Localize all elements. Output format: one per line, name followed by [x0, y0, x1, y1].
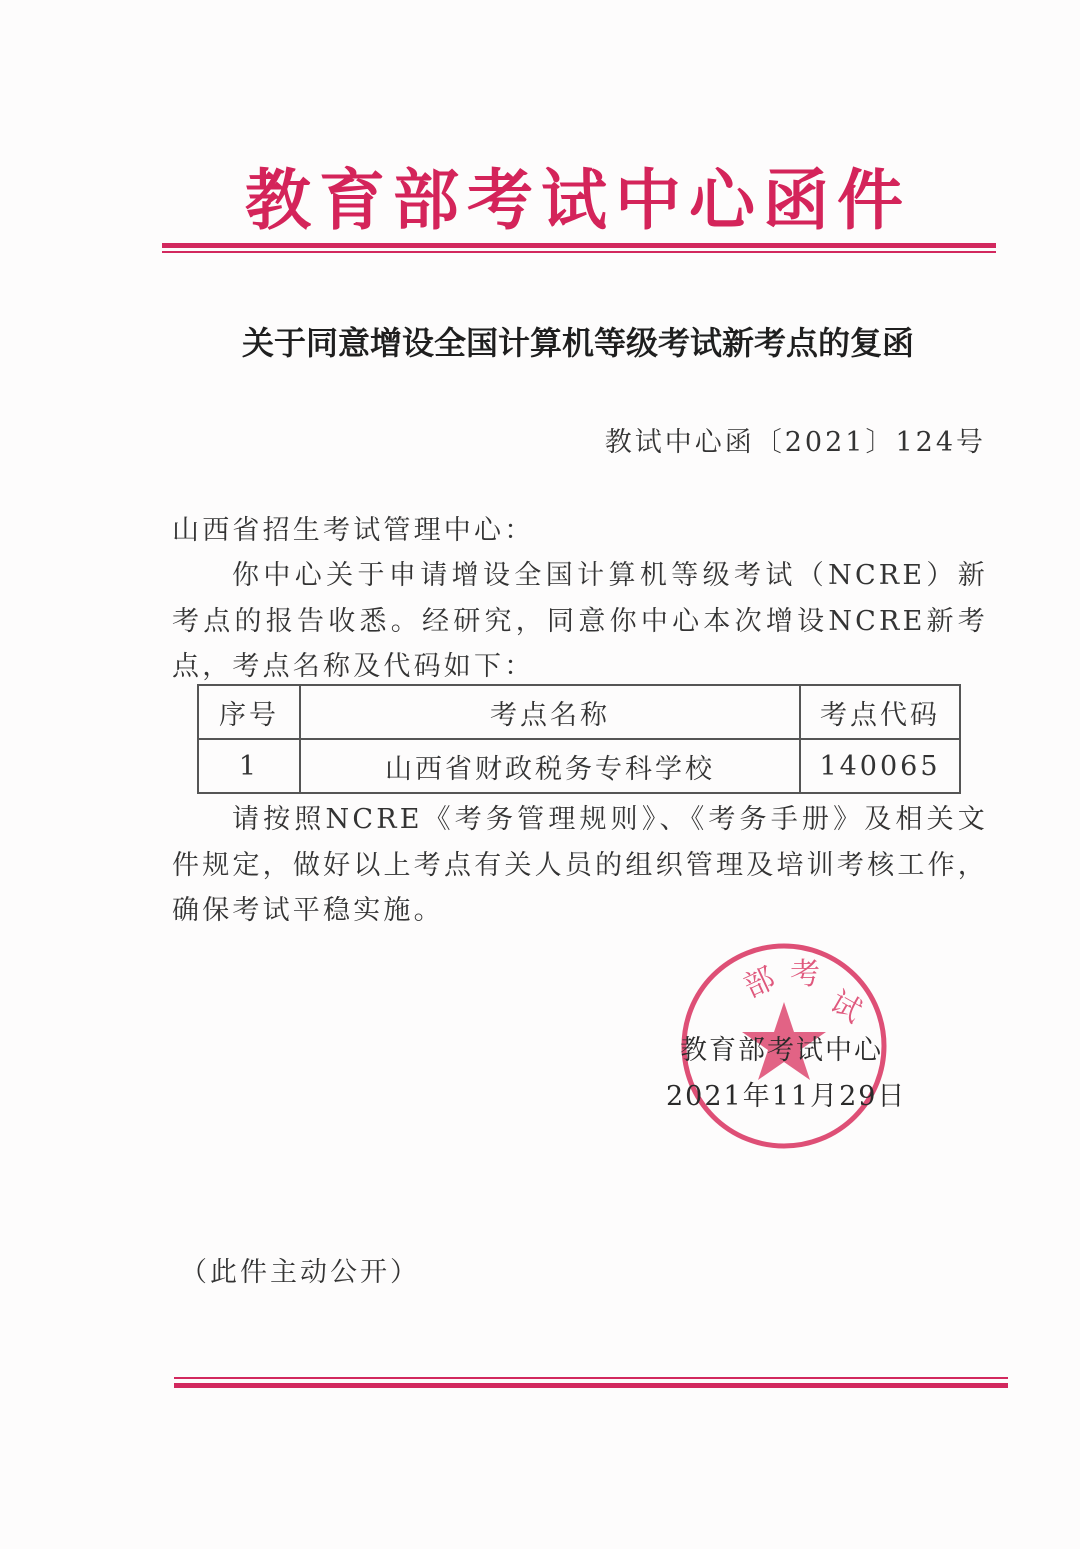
svg-text:试: 试 — [824, 985, 867, 1030]
body-paragraph-1: 你中心关于申请增设全国计算机等级考试（NCRE）新考点的报告收悉。经研究，同意你… — [172, 553, 988, 690]
svg-text:考: 考 — [790, 957, 820, 992]
letterhead-rule-thick — [162, 243, 996, 248]
cell-site-name: 山西省财政税务专科学校 — [300, 739, 800, 793]
issuer-name: 教育部考试中心 — [680, 1028, 883, 1067]
header-site-code: 考点代码 — [800, 685, 960, 739]
letterhead-rule-thin — [162, 251, 996, 253]
table-row: 1 山西省财政税务专科学校 140065 — [198, 739, 960, 793]
header-serial: 序号 — [198, 685, 300, 739]
issue-date: 2021年11月29日 — [666, 1074, 906, 1113]
header-site-name: 考点名称 — [300, 685, 800, 739]
recipient: 山西省招生考试管理中心： — [172, 508, 988, 554]
disclosure-note: （此件主动公开） — [180, 1250, 420, 1289]
letterhead-title: 教育部考试中心函件 — [160, 160, 996, 240]
svg-text:部: 部 — [739, 961, 781, 1005]
table-header-row: 序号 考点名称 考点代码 — [198, 685, 960, 739]
cell-serial: 1 — [198, 739, 300, 793]
footer-rule-thin — [174, 1377, 1008, 1379]
body-paragraph-2: 请按照NCRE《考务管理规则》、《考务手册》及相关文件规定，做好以上考点有关人员… — [172, 797, 988, 934]
document-title: 关于同意增设全国计算机等级考试新考点的复函 — [160, 318, 996, 364]
document-number: 教试中心函〔2021〕124号 — [605, 420, 986, 459]
footer-rule-thick — [174, 1383, 1008, 1388]
cell-site-code: 140065 — [800, 739, 960, 793]
exam-site-table: 序号 考点名称 考点代码 1 山西省财政税务专科学校 140065 — [197, 684, 961, 794]
